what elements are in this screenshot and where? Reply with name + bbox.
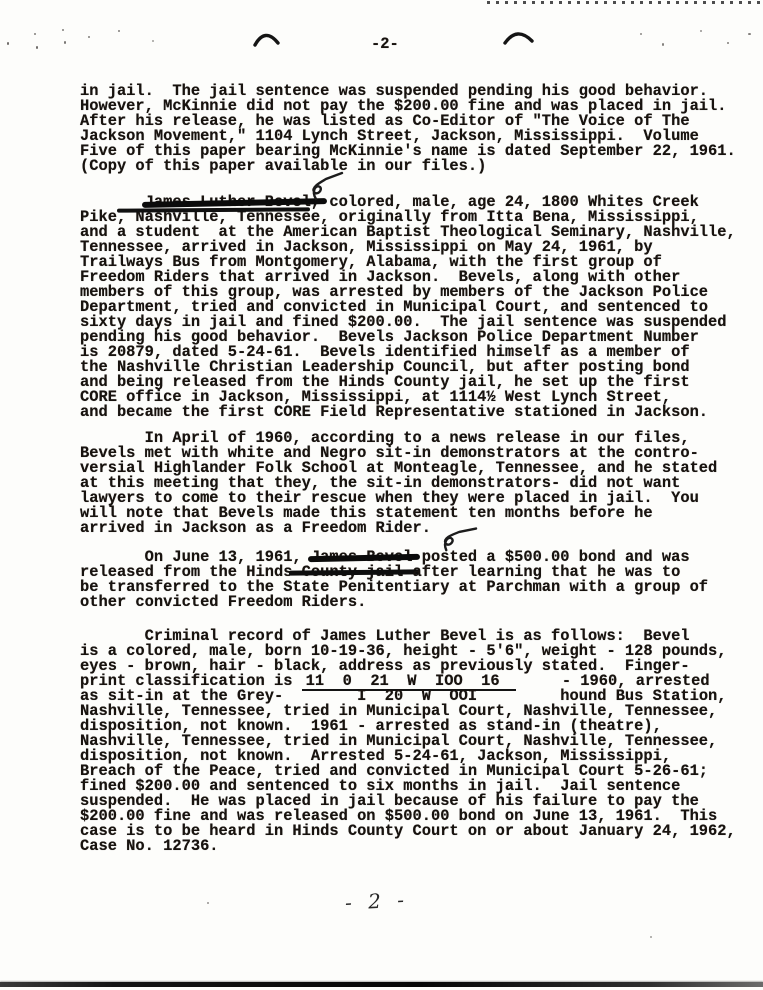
text-run: (Copy of this paper available in our fil… [80,159,486,174]
scan-speck [207,902,209,904]
paragraph-criminal-record: Criminal record of James Luther Bevel is… [80,629,736,854]
scan-speck [748,33,751,35]
handwritten-tick-icon [308,171,346,203]
paragraph-bond-release: On June 13, 1961, James Bevel posted a $… [80,550,708,610]
paragraph-mckinnie-jail: in jail. The jail sentence was suspended… [80,84,736,174]
doc-line: and became the first CORE Field Represen… [80,405,736,420]
scan-speck [727,42,729,44]
scan-speck [34,33,36,35]
perforation-dotted-line [487,1,763,4]
doc-line: (Copy of this paper available in our fil… [80,159,736,174]
scan-speck [662,43,664,46]
scan-speck [64,41,66,44]
document-page: -2- in jail. The jail sentence was suspe… [0,0,763,990]
text-run: and became the first CORE Field Represen… [80,405,708,420]
text-run: Case No. 12736. [80,839,219,854]
scan-speck [152,40,154,42]
handwritten-arc-icon [252,30,282,48]
scan-speck [640,33,642,35]
paragraph-highlander-meeting: In April of 1960, according to a news re… [80,431,717,536]
handwritten-tick-icon [438,521,481,559]
scan-speck [62,29,64,31]
scan-speck [88,36,90,38]
doc-line: arrived in Jackson as a Freedom Rider. [80,521,717,536]
paragraph-bevel-background: James Luther Bevel, colored, male, age 2… [80,195,736,420]
doc-line: Case No. 12736. [80,839,736,854]
scan-speck [36,46,38,49]
scan-speck [700,30,702,32]
scan-speck [650,936,652,938]
scan-speck [7,42,9,45]
text-run: other convicted Freedom Riders. [80,595,366,610]
page-number-handwritten: - 2 - [344,887,409,914]
scan-edge-rule [0,982,763,987]
handwritten-arc-icon [502,29,536,47]
page-number-typed: -2- [371,37,399,52]
scan-speck [118,30,120,32]
text-run: arrived in Jackson as a Freedom Rider. [80,521,431,536]
doc-line: other convicted Freedom Riders. [80,595,708,610]
